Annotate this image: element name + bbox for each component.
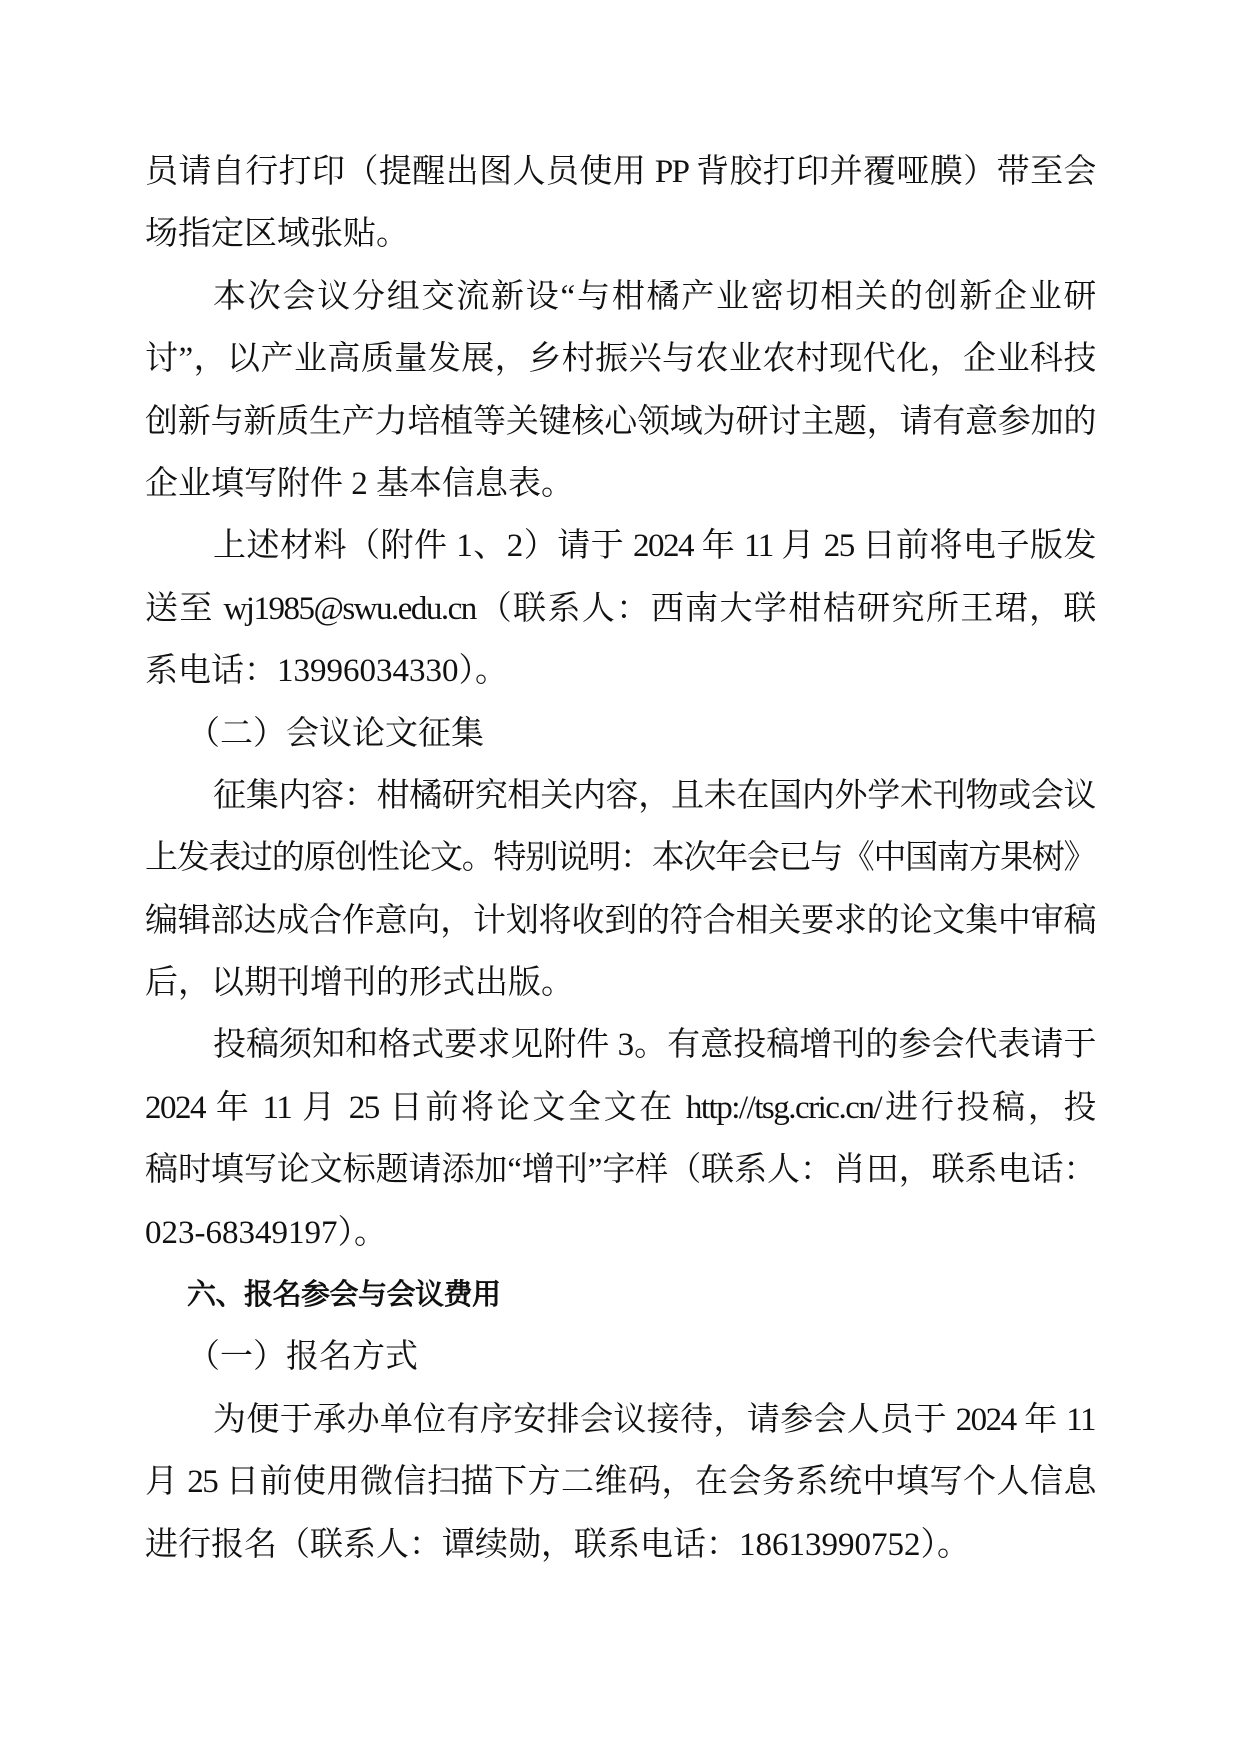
text-line: 投稿须知和格式要求见附件 3。有意投稿增刊的参会代表请于 xyxy=(145,1014,1095,1076)
text-line: 上述材料（附件 1、2）请于 2024 年 11 月 25 日前将电子版发 xyxy=(145,515,1095,577)
text-line: 征集内容：柑橘研究相关内容，且未在国内外学术刊物或会议 xyxy=(145,765,1095,827)
text-line: 员请自行打印（提醒出图人员使用 PP 背胶打印并覆哑膜）带至会 xyxy=(145,141,1095,203)
text-line: 讨”，以产业高质量发展，乡村振兴与农业农村现代化，企业科技 xyxy=(145,328,1095,390)
text-line: 为便于承办单位有序安排会议接待，请参会人员于 2024 年 11 xyxy=(145,1389,1095,1451)
text-line: 月 25 日前使用微信扫描下方二维码，在会务系统中填写个人信息 xyxy=(145,1451,1095,1513)
section-heading: 六、报名参会与会议费用 xyxy=(145,1264,1095,1326)
text-line: 2024 年 11 月 25 日前将论文全文在 http://tsg.cric.… xyxy=(145,1077,1095,1139)
text-line: 进行报名（联系人：谭续勋，联系电话：18613990752）。 xyxy=(145,1514,1095,1576)
text-line: 企业填写附件 2 基本信息表。 xyxy=(145,453,1095,515)
text-line: 系电话：13996034330）。 xyxy=(145,640,1095,702)
text-line: 送至 wj1985@swu.edu.cn（联系人：西南大学柑桔研究所王珺，联 xyxy=(145,578,1095,640)
subsection-title: （一）报名方式 xyxy=(145,1326,1095,1388)
text-line: 后，以期刊增刊的形式出版。 xyxy=(145,952,1095,1014)
subsection-title: （二）会议论文征集 xyxy=(145,703,1095,765)
text-line: 本次会议分组交流新设“与柑橘产业密切相关的创新企业研 xyxy=(145,266,1095,328)
text-line: 创新与新质生产力培植等关键核心领域为研讨主题，请有意参加的 xyxy=(145,391,1095,453)
text-line: 上发表过的原创性论文。特别说明：本次年会已与《中国南方果树》 xyxy=(145,827,1095,889)
text-line: 编辑部达成合作意向，计划将收到的符合相关要求的论文集中审稿 xyxy=(145,890,1095,952)
text-line: 023-68349197）。 xyxy=(145,1202,1095,1264)
text-line: 场指定区域张贴。 xyxy=(145,203,1095,265)
document-page: 员请自行打印（提醒出图人员使用 PP 背胶打印并覆哑膜）带至会场指定区域张贴。本… xyxy=(145,141,1095,1576)
text-line: 稿时填写论文标题请添加“增刊”字样（联系人：肖田，联系电话： xyxy=(145,1139,1095,1201)
